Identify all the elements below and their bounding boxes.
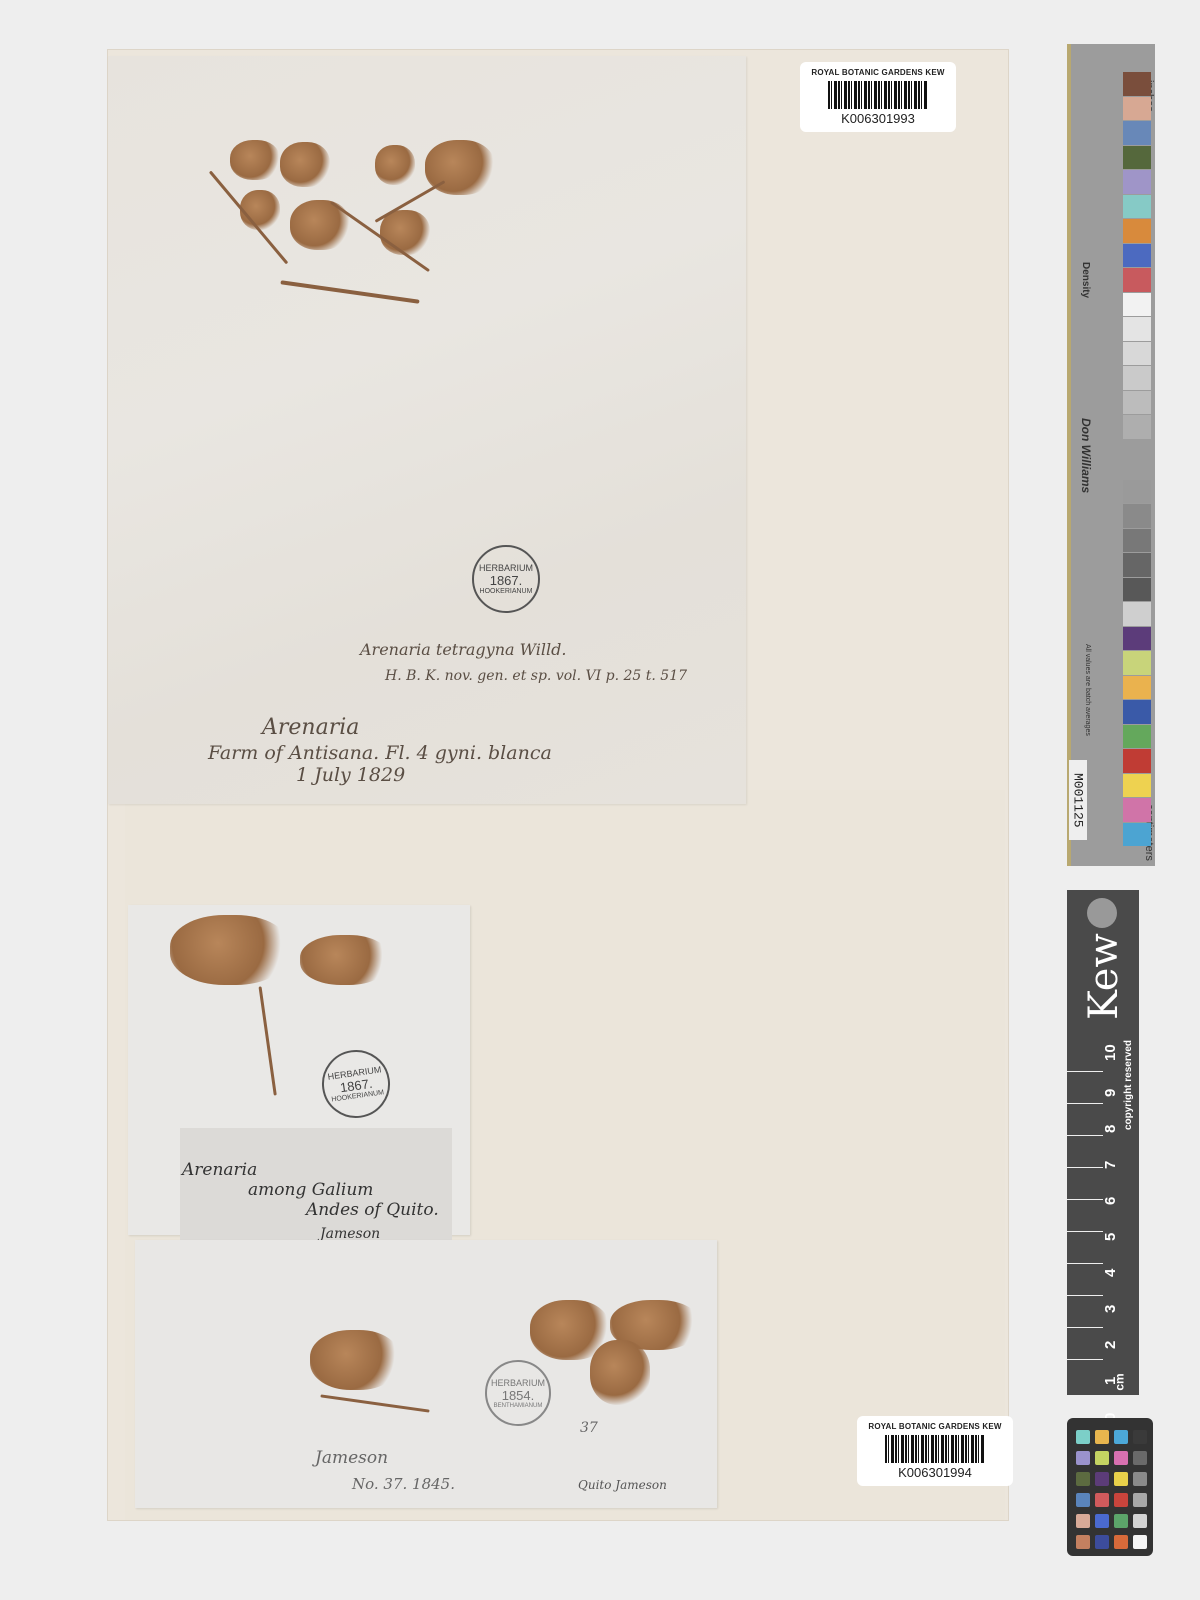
herbarium-stamp: HERBARIUM 1867. HOOKERIANUM bbox=[472, 545, 540, 613]
color-chip bbox=[1123, 725, 1151, 749]
checker-chip bbox=[1133, 1472, 1147, 1486]
scale-number: 4 bbox=[1102, 1251, 1138, 1277]
stamp-year: 1867. bbox=[490, 573, 523, 588]
specimen-code: K006301994 bbox=[865, 1465, 1005, 1480]
checker-chip bbox=[1114, 1493, 1128, 1507]
checker-chip bbox=[1076, 1430, 1090, 1444]
color-chip bbox=[1123, 97, 1151, 121]
color-chip bbox=[1123, 480, 1151, 504]
stamp-top-text: HERBARIUM bbox=[491, 1378, 545, 1388]
main-label-line-1: Arenaria bbox=[262, 715, 359, 740]
checker-chip bbox=[1114, 1451, 1128, 1465]
middle-label-line-1: Arenaria bbox=[182, 1160, 257, 1180]
color-chip bbox=[1123, 317, 1151, 341]
middle-label-line-2: among Galium bbox=[248, 1180, 373, 1200]
main-label-line-3: 1 July 1829 bbox=[296, 764, 405, 786]
color-chip bbox=[1123, 553, 1151, 577]
cm-unit-label: cm bbox=[1113, 1373, 1127, 1390]
scale-number: 6 bbox=[1102, 1179, 1138, 1205]
stamp-bottom-text: HOOKERIANUM bbox=[480, 588, 533, 595]
color-chip bbox=[1123, 627, 1151, 651]
middle-label-line-3: Andes of Quito. bbox=[306, 1200, 439, 1220]
color-chip bbox=[1123, 121, 1151, 145]
color-chip bbox=[1123, 651, 1151, 675]
barcode-label: ROYAL BOTANIC GARDENS KEW K006301993 bbox=[800, 62, 956, 132]
upper-specimen-plant bbox=[210, 140, 500, 320]
scale-number: 3 bbox=[1102, 1287, 1138, 1313]
values-note: All values are batch averages bbox=[1084, 644, 1091, 736]
barcode-icon bbox=[828, 81, 928, 109]
checker-chip bbox=[1076, 1514, 1090, 1528]
stamp-bottom-text: BENTHAMIANUM bbox=[494, 1403, 543, 1409]
main-label-line-2: Farm of Antisana. Fl. 4 gyni. blanca bbox=[208, 742, 552, 764]
locality-text: Quito Jameson bbox=[578, 1478, 667, 1492]
stamp-top-text: HERBARIUM bbox=[479, 563, 533, 573]
color-chip bbox=[1123, 676, 1151, 700]
colorbar-code: M001125 bbox=[1069, 760, 1087, 840]
checker-chip bbox=[1076, 1535, 1090, 1549]
color-chip bbox=[1123, 366, 1151, 390]
color-chip bbox=[1123, 244, 1151, 268]
color-checker-card bbox=[1067, 1418, 1153, 1556]
color-chip bbox=[1123, 170, 1151, 194]
checker-chip bbox=[1133, 1430, 1147, 1444]
institution-name: ROYAL BOTANIC GARDENS KEW bbox=[865, 1422, 1005, 1431]
checker-chip bbox=[1076, 1472, 1090, 1486]
checker-chip bbox=[1095, 1514, 1109, 1528]
lower-specimen-plant-right bbox=[530, 1300, 710, 1410]
determination-line-1: Arenaria tetragyna Willd. bbox=[360, 640, 566, 659]
checker-chip bbox=[1076, 1451, 1090, 1465]
checker-chip bbox=[1133, 1451, 1147, 1465]
color-chip bbox=[1123, 823, 1151, 847]
collection-number: No. 37. 1845. bbox=[352, 1475, 455, 1493]
kew-logo: Kew bbox=[1081, 933, 1127, 1020]
barcode-label: ROYAL BOTANIC GARDENS KEW K006301994 bbox=[857, 1416, 1013, 1486]
brand-label: Don Williams bbox=[1079, 418, 1093, 493]
density-label: Density bbox=[1080, 262, 1091, 298]
color-chip bbox=[1123, 578, 1151, 602]
checker-chip bbox=[1114, 1472, 1128, 1486]
scale-numbers: 109876543210 bbox=[1107, 1030, 1133, 1426]
determination-line-2: H. B. K. nov. gen. et sp. vol. VI p. 25 … bbox=[385, 668, 687, 684]
herbarium-stamp: HERBARIUM 1854. BENTHAMIANUM bbox=[485, 1360, 551, 1426]
checker-chip bbox=[1114, 1514, 1128, 1528]
color-chip bbox=[1123, 529, 1151, 553]
small-number: 37 bbox=[580, 1420, 598, 1436]
checker-chip bbox=[1095, 1472, 1109, 1486]
scale-number: 10 bbox=[1102, 1035, 1138, 1061]
color-chip bbox=[1123, 774, 1151, 798]
color-chip bbox=[1123, 415, 1151, 439]
specimen-code: K006301993 bbox=[808, 111, 948, 126]
checker-chip bbox=[1133, 1493, 1147, 1507]
color-chip bbox=[1123, 72, 1151, 96]
kew-crest-icon bbox=[1087, 898, 1117, 928]
scale-number: 9 bbox=[1102, 1071, 1138, 1097]
color-chip bbox=[1123, 602, 1151, 626]
scale-blocks bbox=[1067, 1040, 1103, 1390]
color-chip bbox=[1123, 749, 1151, 773]
color-chip bbox=[1123, 219, 1151, 243]
color-chip bbox=[1123, 146, 1151, 170]
scale-number: 8 bbox=[1102, 1107, 1138, 1133]
color-chip bbox=[1123, 195, 1151, 219]
checker-chip bbox=[1114, 1535, 1128, 1549]
color-chip bbox=[1123, 504, 1151, 528]
checker-chip bbox=[1095, 1493, 1109, 1507]
checker-chip bbox=[1095, 1451, 1109, 1465]
lower-specimen-plant-left bbox=[310, 1330, 440, 1420]
checker-chip bbox=[1133, 1535, 1147, 1549]
institution-name: ROYAL BOTANIC GARDENS KEW bbox=[808, 68, 948, 77]
scale-number: 2 bbox=[1102, 1323, 1138, 1349]
checker-chip bbox=[1133, 1514, 1147, 1528]
color-calibration-bar: inches Density Don Williams All values a… bbox=[1067, 44, 1155, 866]
color-chip bbox=[1123, 268, 1151, 292]
collector-name: Jameson bbox=[315, 1448, 388, 1468]
color-chip bbox=[1123, 391, 1151, 415]
checker-chip bbox=[1095, 1535, 1109, 1549]
color-chip bbox=[1123, 798, 1151, 822]
checker-chip bbox=[1095, 1430, 1109, 1444]
barcode-icon bbox=[885, 1435, 985, 1463]
stamp-year: 1854. bbox=[502, 1388, 535, 1403]
scale-number: 7 bbox=[1102, 1143, 1138, 1169]
scale-number: 5 bbox=[1102, 1215, 1138, 1241]
color-chip bbox=[1123, 700, 1151, 724]
checker-chip bbox=[1076, 1493, 1090, 1507]
color-chip bbox=[1123, 342, 1151, 366]
checker-chip bbox=[1114, 1430, 1128, 1444]
color-chip bbox=[1123, 293, 1151, 317]
kew-scale-bar: Kew copyright reserved 109876543210 cm bbox=[1067, 890, 1139, 1395]
